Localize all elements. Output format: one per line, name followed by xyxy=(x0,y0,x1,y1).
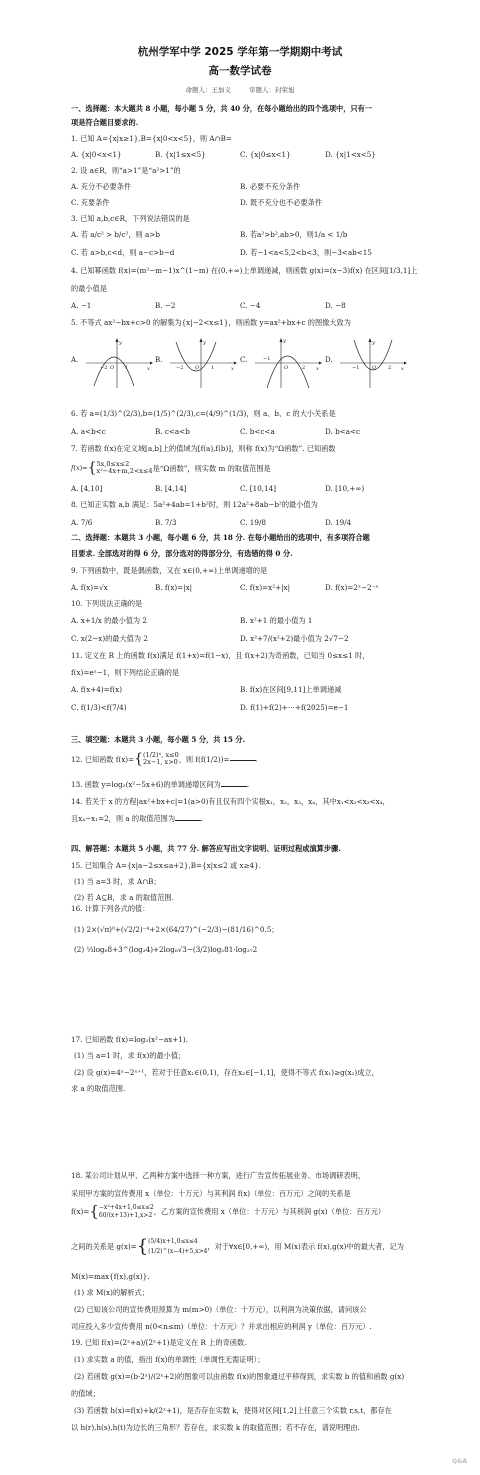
q7-stem-cont: 是“Ω函数”，则实数 m 的取值范围是 xyxy=(153,464,271,473)
q8-option-c: C. 19/8 xyxy=(240,518,266,527)
svg-text:O: O xyxy=(110,365,114,371)
q4-option-c: C. −4 xyxy=(240,301,260,310)
q13-stem: 13. 函数 y=log₂(x²−5x+6)的单调递增区间为. xyxy=(71,780,249,789)
q19-part3: (3) 若函数 h(x)=f(x)+k/(2ˣ+1)，是否存在实数 k，使得对区… xyxy=(74,1406,392,1415)
q4-option-a: A. −1 xyxy=(71,301,91,310)
q13-answer-blank xyxy=(221,781,247,787)
q2-option-b: B. 必要不充分条件 xyxy=(240,182,300,191)
q19-part2: (2) 若函数 g(x)=(b·2ˣ)/(2ˣ+2)的图象可以由函数 f(x)的… xyxy=(74,1372,404,1381)
svg-text:y: y xyxy=(371,340,375,346)
q17-part2: (2) 设 g(x)=4ˣ−2ˣ⁺¹，若对于任意x₁∈(0,1)，存在x₂∈[−… xyxy=(74,1068,379,1077)
q6-option-d: D. b<a<c xyxy=(325,427,360,436)
q4-stem: 4. 已知幂函数 f(x)=(m²−m−1)x^(1−m) 在(0,+∞)上单调… xyxy=(71,266,417,275)
q7-stem: 7. 若函数 f(x)在定义域[a,b]上的值域为[f(a),f(b)]，则称 … xyxy=(71,444,335,453)
q8-option-b: B. 7/3 xyxy=(155,518,176,527)
q18-g-piece1: (5/4)x+1,0≤x≤4 xyxy=(148,1237,207,1247)
q11-option-d: D. f(1)+f(2)+⋯+f(2025)=e−1 xyxy=(240,703,348,712)
author: 命题人：王加义 xyxy=(185,86,231,94)
q18-line2: 采用甲方案的宣传费用 x（单位：十万元）与其利润 f(x)（单位：百万元）之间的… xyxy=(71,1189,351,1198)
q5-graph-d: y x −1 O 2 xyxy=(338,336,408,388)
q17-stem: 17. 已知函数 f(x)=log₂(x²−ax+1). xyxy=(71,1035,188,1044)
q18-part1: (1) 求 M(x)的解析式； xyxy=(74,1288,149,1297)
q10-option-c: C. x(2−x)的最大值为 2 xyxy=(71,634,148,643)
q14-text: 且x₄−x₁=2，则 a 的取值范围为 xyxy=(71,814,175,823)
q3-option-d: D. 若−1<a<5,2<b<3，则−3<ab<15 xyxy=(240,248,372,257)
q16-part2: (2) ⅓log₆8+3^(log₃4)+2log₆√3−(3/2)log₂81… xyxy=(74,945,257,954)
q5-graph-c: y x −1 O 2 xyxy=(253,336,323,388)
q18-g-def: 之间的关系是 g(x)={(5/4)x+1,0≤x≤4(1/2)^(x−4)+5… xyxy=(71,1237,404,1256)
q3-option-b: B. 若a²>b²,ab>0，则1/a < 1/b xyxy=(240,230,347,239)
q4-option-d: D. −8 xyxy=(325,301,346,310)
q14-end: . xyxy=(201,814,203,823)
q2-stem: 2. 设 a∈R，则“a>1”是“a²>1”的 xyxy=(71,166,181,175)
q2-option-a: A. 充分不必要条件 xyxy=(71,182,131,191)
exam-title: 杭州学军中学 2025 学年第一学期期中考试 xyxy=(0,46,480,59)
q7-option-d: D. [10,+∞) xyxy=(325,484,364,493)
q9-stem: 9. 下列函数中，既是偶函数，又在 x∈(0,+∞)上单调递增的是 xyxy=(71,566,267,575)
q12-stem: 12. 已知函数 f(x)={(1/2)ˣ, x≤02x−1, x>0，则 f(… xyxy=(71,752,258,767)
q5-graph-b-label: B. xyxy=(155,356,162,365)
q8-option-d: D. 19/4 xyxy=(325,518,351,527)
q11-option-c: C. f(1/3)<f(7/4) xyxy=(71,703,127,712)
q15-part2: (2) 若 A⊆B，求 a 的取值范围. xyxy=(74,893,174,902)
q18-f-piece1: −x²+4x+1,0≤x≤2 xyxy=(99,1204,154,1212)
q12-suffix: ，则 f(f(1/2))= xyxy=(179,755,230,764)
svg-text:y: y xyxy=(282,338,286,344)
q7-option-a: A. [4,10] xyxy=(71,484,102,493)
svg-text:−1: −1 xyxy=(352,365,359,371)
q18-m-def: M(x)=max{f(x),g(x)}. xyxy=(71,1272,150,1281)
q13-end: . xyxy=(247,780,249,789)
q16-stem: 16. 计算下列各式的值： xyxy=(71,904,149,913)
svg-text:x: x xyxy=(231,366,234,372)
q5-graph-a-label: A. xyxy=(71,356,78,365)
section1-heading: 一、选择题：本大题共 8 小题，每小题 5 分，共 40 分，在每小题给出的四个… xyxy=(71,104,372,113)
exam-authors: 命题人：王加义 审题人：封荣旭 xyxy=(0,86,480,94)
q1-option-b: B. {x|1≤x<5} xyxy=(155,150,206,159)
q5-stem: 5. 不等式 ax²−bx+c>0 的解集为{x|−2<x≤1}，则函数 y=a… xyxy=(71,318,351,327)
q5-graph-d-label: D. xyxy=(325,356,333,365)
q3-option-a: A. 若 a/c² > b/c²，则 a>b xyxy=(71,230,160,239)
section4-heading: 四、解答题：本题共 5 小题，共 77 分. 解答应写出文字说明、证明过程或演算… xyxy=(71,844,341,853)
section2-heading: 二、选择题：本题共 3 小题，每小题 6 分，共 18 分. 在每小题给出的选项… xyxy=(71,533,370,542)
q14-stem-cont: 且x₄−x₁=2，则 a 的取值范围为. xyxy=(71,814,203,823)
q7-piecewise: f(x)={5x,0≤x≤2x²−4x+m,2<x≤4是“Ω函数”，则实数 m … xyxy=(71,461,271,476)
svg-text:1: 1 xyxy=(211,365,214,371)
q18-part2-cont: 司应投入多少宣传费用 n(0<n≤m)（单位：十万元）？并求出相应的利润 y（单… xyxy=(71,1322,372,1331)
q12-answer-blank xyxy=(230,755,256,761)
q6-option-b: B. c<a<b xyxy=(155,427,190,436)
q7-option-c: C. [10,14] xyxy=(240,484,276,493)
q18-g-suffix: ，对于∀x∈[0,+∞)，用 M(x)表示 f(x),g(x)中的最大者，记为 xyxy=(207,1242,403,1251)
q11-option-b: B. f(x)在区间[9,11]上单调递减 xyxy=(240,685,341,694)
svg-text:2: 2 xyxy=(388,365,391,371)
q19-stem: 19. 已知 f(x)=(2ˣ+a)/(2ˣ+1)是定义在 R 上的奇函数. xyxy=(71,1338,246,1347)
q12-prefix: 12. 已知函数 f(x)= xyxy=(71,755,134,764)
q18-f-piece2: 60/(x+13)+1,x>2 xyxy=(99,1212,154,1220)
svg-text:O: O xyxy=(284,365,288,371)
q9-option-c: C. f(x)=x²+|x| xyxy=(240,583,290,592)
q9-option-b: B. f(x)=|x| xyxy=(155,583,192,592)
q12-piece2: 2x−1, x>0 xyxy=(143,759,179,766)
q8-option-a: A. 7/6 xyxy=(71,518,92,527)
q17-part2-cont: 求 a 的取值范围. xyxy=(71,1084,125,1093)
q18-f-suffix: ，乙方案的宣传费用 x（单位：十万元）与其利润 g(x)（单位：百万元） xyxy=(154,1207,385,1216)
q1-option-d: D. {x|1<x<5} xyxy=(325,150,376,159)
reviewer: 审题人：封荣旭 xyxy=(249,86,295,94)
q7-piece2: x²−4x+m,2<x≤4 xyxy=(97,468,153,475)
svg-text:2: 2 xyxy=(302,365,305,371)
svg-text:1: 1 xyxy=(125,365,128,371)
q1-option-c: C. {x|0≤x<1} xyxy=(240,150,291,159)
q1-option-a: A. {x|0<x<1} xyxy=(71,150,122,159)
svg-text:y: y xyxy=(118,340,122,346)
exam-page: 杭州学军中学 2025 学年第一学期期中考试 高一数学试卷 命题人：王加义 审题… xyxy=(0,0,480,1475)
svg-text:O: O xyxy=(195,365,199,371)
q15-stem: 15. 已知集合 A={x|a−2≤x≤a+2},B={x|x≤2 或 x≥4}… xyxy=(71,861,261,870)
q2-option-d: D. 既不充分也不必要条件 xyxy=(240,198,322,207)
q9-option-d: D. f(x)=2ˣ−2⁻ˣ xyxy=(325,583,378,592)
svg-text:−2: −2 xyxy=(100,365,107,371)
svg-text:y: y xyxy=(202,340,206,346)
q16-part1: (1) 2×(√π)⁰+(√2/2)⁻⁴+2×(64/27)^(−2/3)−(8… xyxy=(74,925,278,934)
q15-part1: (1) 当 a=3 时，求 A∩B； xyxy=(74,877,161,886)
q5-graph-a: y x −2 O 1 xyxy=(84,336,154,388)
svg-text:−1: −1 xyxy=(263,356,270,362)
q11-stem: 11. 定义在 R 上的函数 f(x)满足 f(1+x)=f(1−x)，且 f(… xyxy=(71,651,369,660)
q18-g-prefix: 之间的关系是 g(x)= xyxy=(71,1242,137,1251)
q19-part3-cont: 以 h(r),h(s),h(t)为边长的三角形？若存在，求实数 k 的取值范围；… xyxy=(71,1423,360,1432)
q3-stem: 3. 已知 a,b,c∈R，下列说法错误的是 xyxy=(71,214,190,223)
q14-answer-blank xyxy=(175,815,201,821)
q18-line1: 18. 某公司计划从甲、乙两种方案中选择一种方案，进行广告宣传拓展业务、市场调研… xyxy=(71,1171,365,1180)
q10-option-b: B. x²+1 的最小值为 1 xyxy=(240,616,312,625)
q10-option-a: A. x+1/x 的最小值为 2 xyxy=(71,616,147,625)
q1-stem: 1. 已知 A={x|x≥1},B={x|0<x<5}，则 A∩B= xyxy=(71,134,232,143)
q3-option-c: C. 若 a>b,c<d，则 a−c>b−d xyxy=(71,248,174,257)
svg-text:−2: −2 xyxy=(176,365,183,371)
q17-part1: (1) 当 a=1 时，求 f(x)的最小值； xyxy=(74,1051,185,1060)
q9-option-a: A. f(x)=√x xyxy=(71,583,108,592)
q6-stem: 6. 若 a=(1/3)^(2/3),b=(1/5)^(2/3),c=(4/9)… xyxy=(71,409,336,418)
q10-stem: 10. 下列说法正确的是 xyxy=(71,599,142,608)
q11-option-a: A. f(x+4)=f(x) xyxy=(71,685,122,694)
q18-f-prefix: f(x)= xyxy=(71,1207,89,1216)
q8-stem: 8. 已知正实数 a,b 满足：5a²+4ab=1+b²时，则 12a²+8ab… xyxy=(71,500,318,509)
watermark-logo: Q&A xyxy=(452,1458,467,1466)
q10-option-d: D. x²+7/(x²+2)最小值为 2√7−2 xyxy=(240,634,349,643)
section2-heading-cont: 目要求. 全部选对的得 6 分，部分选对的得部分分，有选错的得 0 分. xyxy=(71,549,293,558)
q6-option-a: A. a<b<c xyxy=(71,427,106,436)
q18-f-def: f(x)={−x²+4x+1,0≤x≤260/(x+13)+1,x>2，乙方案的… xyxy=(71,1204,385,1220)
q4-option-b: B. −2 xyxy=(155,301,175,310)
svg-text:x: x xyxy=(147,366,150,372)
svg-text:x: x xyxy=(316,366,319,372)
exam-subtitle: 高一数学试卷 xyxy=(0,65,480,78)
q4-stem-cont: 的最小值是 xyxy=(71,284,107,293)
q13-text: 13. 函数 y=log₂(x²−5x+6)的单调递增区间为 xyxy=(71,780,221,789)
svg-text:x: x xyxy=(401,366,404,372)
q18-g-piece2: (1/2)^(x−4)+5,x>4 xyxy=(148,1247,207,1257)
section3-heading: 三、填空题：本题共 3 小题，每小题 5 分，共 15 分. xyxy=(71,735,245,744)
q19-part1: (1) 求实数 a 的值，指出 f(x)的单调性（单调性无需证明）； xyxy=(74,1355,264,1364)
q12-end: . xyxy=(256,754,258,763)
q6-option-c: C. b<c<a xyxy=(240,427,275,436)
q14-stem: 14. 若关于 x 的方程|ax²+bx+c|=1(a>0)有且仅有四个实根x₁… xyxy=(71,797,390,806)
q19-part2-cont: 的值域； xyxy=(71,1389,100,1398)
q5-graph-c-label: C. xyxy=(240,356,247,365)
q7-option-b: B. [4,14] xyxy=(155,484,186,493)
q2-option-c: C. 充要条件 xyxy=(71,198,110,207)
q11-stem-cont: f(x)=eˣ−1，则下列结论正确的是 xyxy=(71,668,179,677)
svg-text:O: O xyxy=(372,365,376,371)
section1-heading-cont: 项是符合题目要求的. xyxy=(71,118,138,127)
q5-graph-b: y x −2 O 1 xyxy=(168,336,238,388)
q18-part2: (2) 已知该公司的宣传费用预算为 m(m>0)（单位：十万元），以利润为决策依… xyxy=(74,1305,367,1314)
